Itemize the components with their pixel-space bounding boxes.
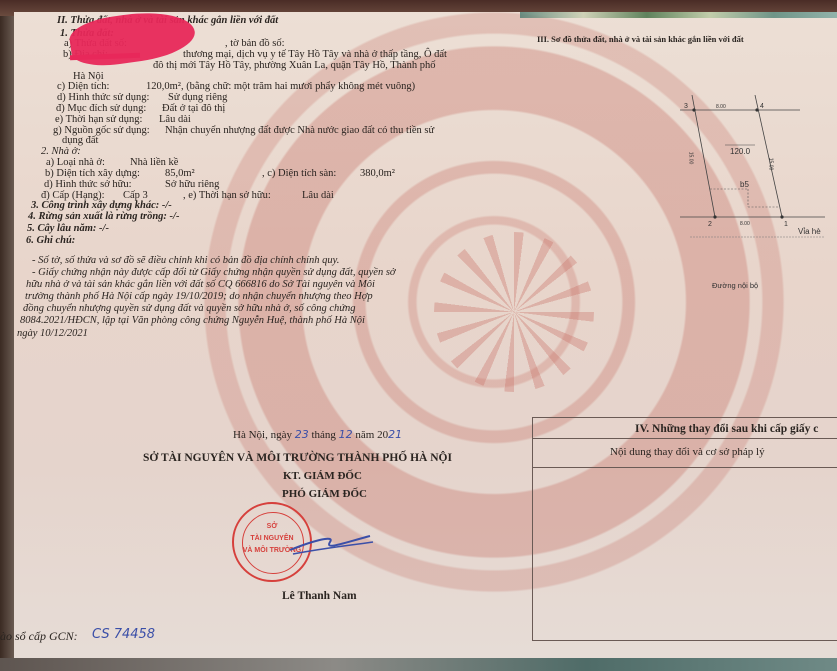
date-month-label: tháng xyxy=(311,429,335,441)
note-line: trường thành phố Hà Nội cấp ngày 19/10/2… xyxy=(25,291,373,303)
date-prefix: Hà Nội, ngày xyxy=(233,429,292,441)
top-width-label: 8.00 xyxy=(716,104,726,110)
note-line: 8084.2021/HĐCN, lập tại Văn phòng công c… xyxy=(20,315,365,327)
land-b-line2: đô thị mới Tây Hồ Tây, phường Xuân La, q… xyxy=(153,60,435,72)
bottom-width-label: 8.00 xyxy=(740,221,750,227)
house-c-label: , c) Diện tích sàn: xyxy=(262,168,336,180)
deputy-director: PHÓ GIÁM ĐỐC xyxy=(282,488,367,500)
area-label: 120.0 xyxy=(730,147,750,156)
background-edge-bottom xyxy=(0,658,837,671)
point-label: 4 xyxy=(760,103,764,110)
right-length-label: 15.00 xyxy=(767,158,773,171)
page-edge-decoration xyxy=(520,12,837,18)
star-emblem-watermark xyxy=(434,232,594,392)
note-line: đồng chuyển nhượng quyền sử dụng đất và … xyxy=(23,303,356,315)
point-label: 3 xyxy=(684,103,688,110)
section3-title: III. Sơ đồ thửa đất, nhà ở và tài sản kh… xyxy=(537,33,744,45)
sidewalk-label: Vỉa hè xyxy=(798,227,821,236)
date-year-label: năm 20 xyxy=(355,429,388,441)
note-line: hữu nhà ở và tài sản khác gắn liền với đ… xyxy=(26,279,375,291)
signer-name: Lê Thanh Nam xyxy=(282,590,357,602)
background-edge xyxy=(0,0,14,671)
point-label: 1 xyxy=(784,221,788,228)
point-label: 2 xyxy=(708,221,712,228)
notes-title: 6. Ghi chú: xyxy=(26,235,75,247)
house-e-label: , e) Thời hạn sở hữu: xyxy=(183,190,271,202)
date-day: 23 xyxy=(295,428,309,441)
date-month: 12 xyxy=(339,428,353,441)
changes-column-header: Nội dung thay đổi và cơ sở pháp lý xyxy=(610,446,765,458)
land-g-value: Nhận chuyển nhượng đất được Nhà nước gia… xyxy=(165,125,434,137)
note-line: - Giấy chứng nhận này được cấp đổi từ Gi… xyxy=(32,267,396,279)
registry-label: ào sổ cấp GCN: xyxy=(0,630,78,642)
item5-perennial-trees: 5. Cây lâu năm: -/- xyxy=(27,223,109,235)
house-e-value: Lâu dài xyxy=(302,190,334,202)
registry-number: CS 74458 xyxy=(92,629,155,641)
road-label: Đường nội bộ xyxy=(712,281,758,290)
signing-place-date: Hà Nội, ngày 23 tháng 12 năm 2021 xyxy=(233,429,402,441)
issuing-agency: SỞ TÀI NGUYÊN VÀ MÔI TRƯỜNG THÀNH PHỐ HÀ… xyxy=(143,452,452,464)
house-code-label: b5 xyxy=(740,180,749,189)
land-plot-diagram: 3 4 2 1 8.00 8.00 15.00 15.00 120.0 b5 V… xyxy=(670,95,837,245)
left-length-label: 15.00 xyxy=(687,152,693,165)
section4-title: IV. Những thay đổi sau khi cấp giấy c xyxy=(635,423,818,435)
note-line: ngày 10/12/2021 xyxy=(17,328,88,340)
item4-planted-forest: 4. Rừng sản xuất là rừng trồng: -/- xyxy=(28,211,179,223)
kt-director: KT. GIÁM ĐỐC xyxy=(283,470,362,482)
house-c-value: 380,0m² xyxy=(360,168,395,180)
handwritten-signature xyxy=(285,530,375,560)
note-line: - Số tờ, số thửa và sơ đồ sẽ điều chỉnh … xyxy=(32,255,339,267)
date-year-suffix: 21 xyxy=(388,428,402,441)
